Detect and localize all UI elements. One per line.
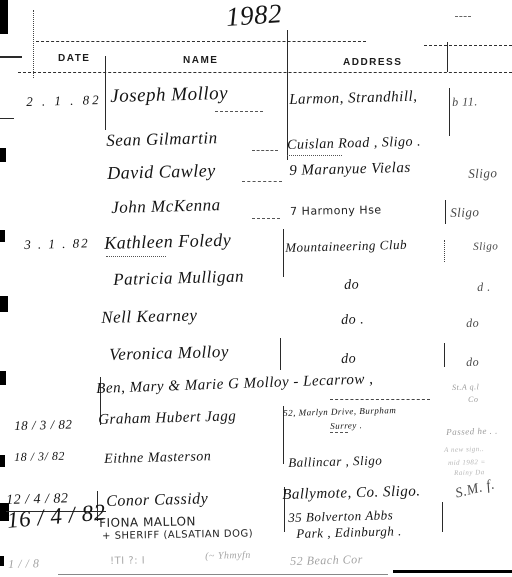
- entry-address-line2: Park , Edinburgh .: [296, 523, 402, 542]
- entry-date: 18 / 3 / 82: [14, 416, 73, 434]
- scan-artifact: [0, 230, 5, 242]
- rule-line: [106, 256, 166, 257]
- entry-name-line2: + Sheriff (Alsatian Dog): [102, 528, 253, 542]
- entry-name: Sean Gilmartin: [106, 128, 218, 151]
- column-rule: [442, 502, 443, 532]
- entry-note: Sligo: [468, 165, 498, 182]
- entry-address: Ballincar , Sligo: [288, 453, 382, 471]
- column-rule: [444, 343, 445, 367]
- margin-rule: [33, 10, 34, 78]
- scan-artifact: [0, 556, 4, 566]
- entry-note: A new sign..: [444, 445, 484, 454]
- rule-line: [330, 432, 348, 433]
- entry-name: Nell Kearney: [101, 305, 198, 328]
- entry-address: do .: [341, 312, 364, 329]
- rule-line: [242, 181, 282, 182]
- entry-note: Co: [468, 395, 479, 404]
- entry-address: 9 Maranyue Vielas: [289, 160, 411, 180]
- entry-address: 52, Marlyn Drive, Burpham: [283, 405, 396, 418]
- entry-name: Kathleen Foledy: [104, 230, 231, 254]
- entry-address: Mountaineering Club: [285, 237, 407, 256]
- entry-name: Eithne Masterson: [104, 449, 212, 468]
- entry-address-line2: Surrey .: [330, 420, 362, 431]
- rule-line: [287, 155, 342, 156]
- rule-line: [252, 150, 278, 151]
- entry-date: 18 / 3/ 82: [14, 449, 65, 465]
- entry-note: S.M. f.: [454, 477, 497, 502]
- entry-address: Ballymote, Co. Sligo.: [282, 483, 421, 504]
- entry-name: John McKenna: [111, 195, 221, 218]
- entry-name: David Cawley: [107, 160, 216, 184]
- entry-note: Passed he . .: [446, 426, 498, 437]
- entry-note: St.A q.l: [452, 382, 479, 392]
- entry-note: Sligo: [450, 204, 480, 221]
- column-rule: [447, 42, 448, 72]
- entry-name: Ben, Mary & Marie G Molloy - Lecarrow ,: [96, 371, 374, 398]
- column-rule: [283, 229, 284, 277]
- entry-note: d .: [477, 280, 491, 295]
- entry-address: do: [341, 352, 356, 368]
- column-rule: [280, 338, 281, 370]
- scan-artifact: [0, 371, 6, 385]
- scan-artifact: [0, 118, 14, 119]
- entry-name-line2: (~ Yhmyfn: [205, 550, 251, 562]
- entry-note: do: [466, 316, 479, 331]
- entry-address: do: [344, 278, 359, 294]
- entry-name: Joseph Molloy: [110, 83, 228, 108]
- scan-artifact: [455, 16, 471, 17]
- year-title: 1982: [225, 0, 283, 33]
- rule-line: [330, 399, 430, 400]
- entry-date: 2 . 1 . 82: [26, 92, 102, 110]
- column-rule: [444, 240, 445, 262]
- column-header-name: NAME: [183, 55, 218, 66]
- entry-name: Veronica Molloy: [109, 342, 229, 365]
- register-page: 1982 DATE NAME ADDRESS 2 . 1 . 82 Joseph…: [0, 0, 512, 577]
- scan-artifact: [0, 296, 8, 312]
- scan-artifact: [0, 148, 6, 162]
- entry-name: Conor Cassidy: [106, 490, 209, 511]
- rule-line: [424, 45, 512, 46]
- rule-line: [215, 111, 263, 112]
- scan-artifact: [0, 56, 22, 58]
- scan-artifact: [0, 0, 8, 34]
- column-header-address: ADDRESS: [343, 57, 402, 68]
- entry-address: 52 Beach Cor: [290, 552, 363, 569]
- column-rule: [445, 200, 446, 224]
- scan-artifact: [0, 455, 5, 467]
- entry-date: 3 . 1 . 82: [24, 235, 90, 253]
- rule-line: [58, 574, 388, 575]
- entry-address: Cuislan Road , Sligo .: [287, 134, 421, 153]
- entry-note: do: [466, 355, 479, 370]
- rule-line: [393, 570, 512, 573]
- rule-line: [18, 72, 512, 73]
- entry-note: Sligo: [473, 240, 498, 253]
- entry-name: !TI ?: I: [110, 555, 145, 567]
- column-rule: [449, 88, 450, 136]
- entry-name: Patricia Mulligan: [113, 267, 244, 290]
- entry-address: Larmon, Strandhill,: [289, 89, 418, 109]
- entry-note: mid 1982 =: [448, 458, 486, 467]
- entry-name: Fiona Mallon: [99, 514, 196, 530]
- rule-line: [36, 41, 366, 42]
- column-rule: [105, 56, 106, 130]
- column-header-date: DATE: [58, 53, 90, 64]
- entry-name: Graham Hubert Jagg: [98, 408, 237, 429]
- entry-note: b 11.: [452, 94, 478, 110]
- entry-address: 7 Harmony Hse: [290, 203, 382, 218]
- entry-note: Rainy Da: [454, 468, 485, 477]
- rule-line: [252, 218, 280, 219]
- entry-date: 1 / / 8: [8, 556, 40, 572]
